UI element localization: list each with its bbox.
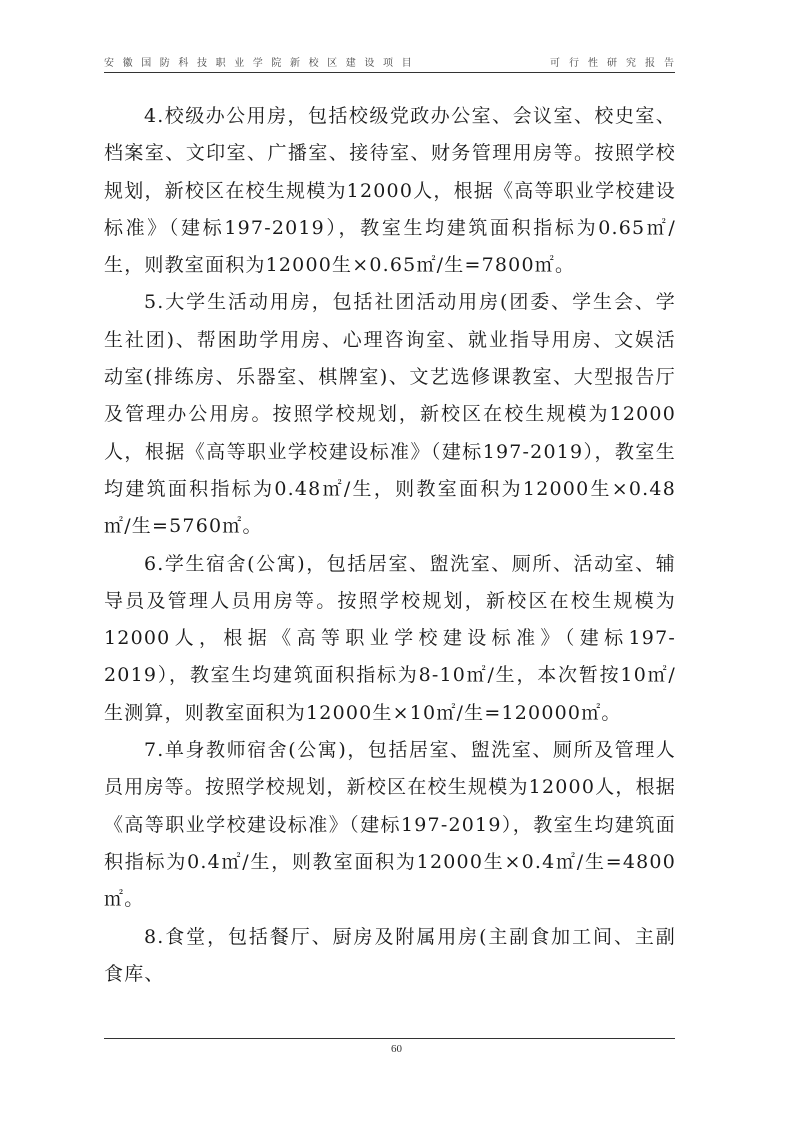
header-project-title: 安徽国防科技职业学院新校区建设项目 <box>104 54 420 69</box>
paragraph-item-8: 8.食堂，包括餐厅、厨房及附属用房(主副食加工间、主副食库、 <box>104 919 676 994</box>
page-body: 4.校级办公用房，包括校级党政办公室、会议室、校史室、档案室、文印室、广播室、接… <box>104 98 676 993</box>
paragraph-item-4: 4.校级办公用房，包括校级党政办公室、会议室、校史室、档案室、文印室、广播室、接… <box>104 98 676 284</box>
header-report-type: 可行性研究报告 <box>550 54 683 69</box>
paragraph-item-5: 5.大学生活动用房，包括社团活动用房(团委、学生会、学生社团)、帮困助学用房、心… <box>104 284 676 545</box>
page-number: 60 <box>0 1043 793 1055</box>
page-header: 安徽国防科技职业学院新校区建设项目 可行性研究报告 <box>104 50 675 73</box>
paragraph-item-7: 7.单身教师宿舍(公寓)，包括居室、盥洗室、厕所及管理人员用房等。按照学校规划，… <box>104 732 676 918</box>
footer-divider <box>104 1038 675 1039</box>
paragraph-item-6: 6.学生宿舍(公寓)，包括居室、盥洗室、厕所、活动室、辅导员及管理人员用房等。按… <box>104 546 676 732</box>
